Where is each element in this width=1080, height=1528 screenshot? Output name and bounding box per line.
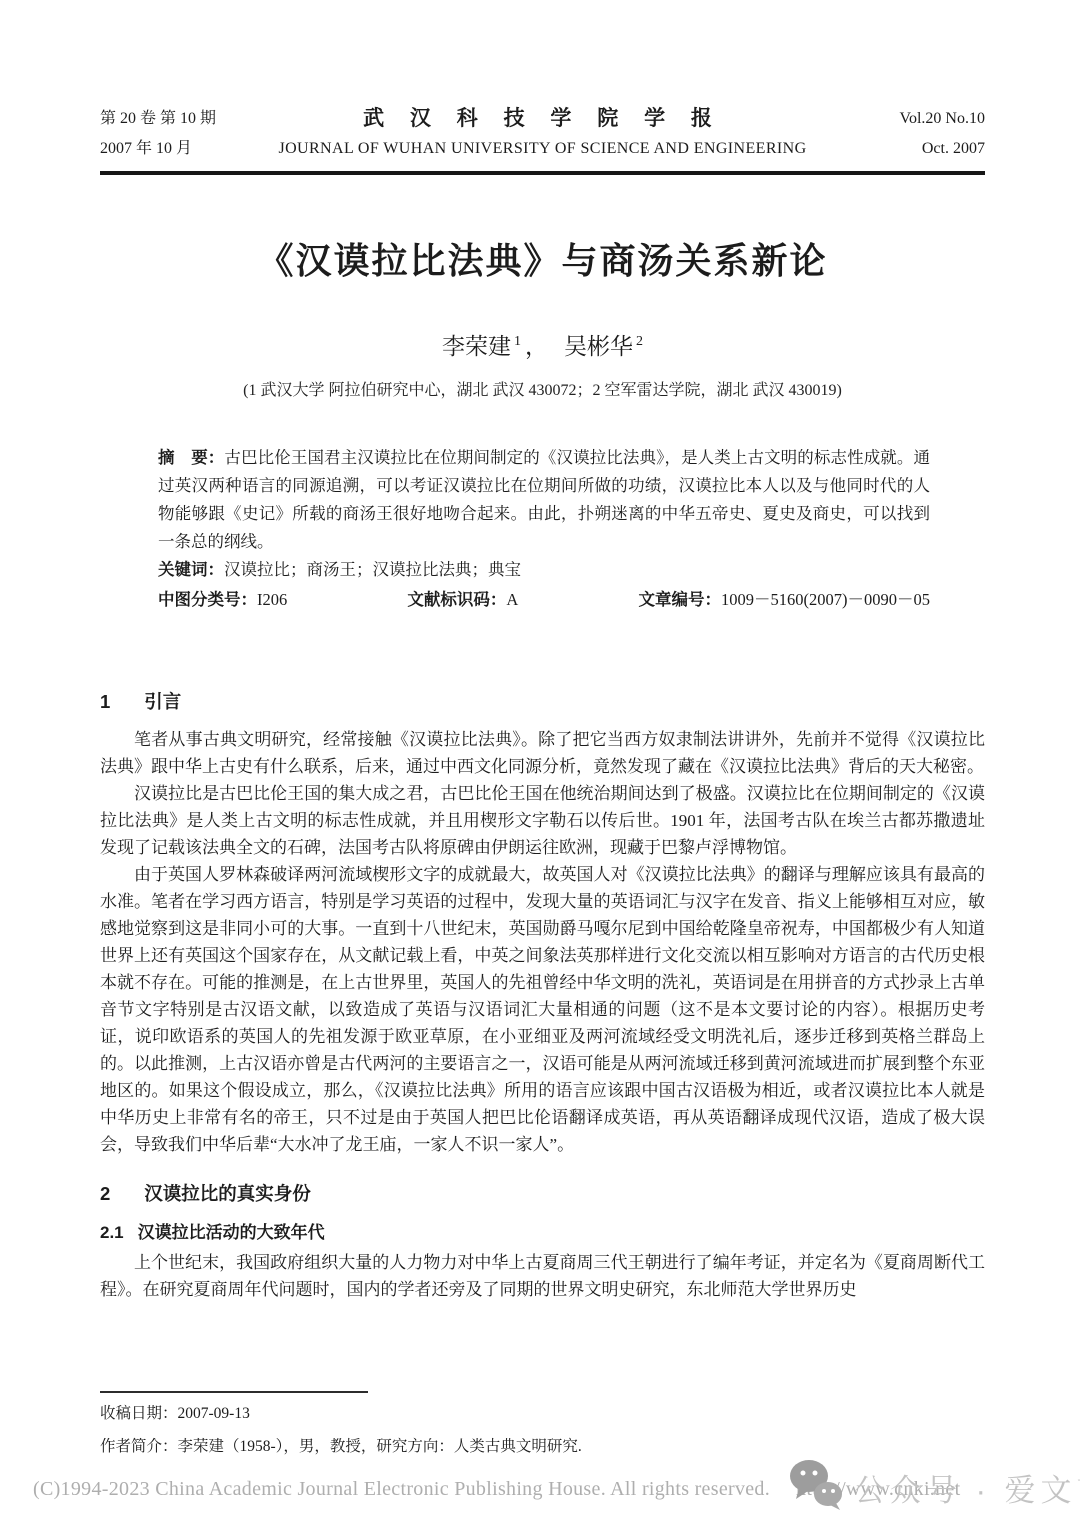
doc-code-value: A: [506, 590, 518, 609]
issue-date-en: Oct. 2007: [807, 134, 985, 164]
page-content: 第 20 卷 第 10 期 2007 年 10 月 武 汉 科 技 学 院 学 …: [0, 0, 1080, 1303]
masthead-divider: [100, 171, 985, 175]
article-title: 《汉谟拉比法典》与商汤关系新论: [100, 233, 985, 284]
abstract-label: 摘 要：: [158, 449, 224, 467]
copyright-text: (C)1994-2023 China Academic Journal Elec…: [33, 1478, 770, 1500]
section-2-1-number: 2.1: [100, 1223, 124, 1242]
abstract-text: 古巴比伦王国君主汉谟拉比在位期间制定的《汉谟拉比法典》，是人类上古文明的标志性成…: [158, 448, 930, 551]
section-2-heading: 2汉谟拉比的真实身份: [100, 1180, 985, 1206]
section-1-heading: 1引言: [100, 688, 985, 714]
section-2-title: 汉谟拉比的真实身份: [144, 1183, 311, 1204]
section-2-paragraph-1: 上个世纪末，我国政府组织大量的人力物力对中华上古夏商周三代王朝进行了编年考证，并…: [100, 1249, 985, 1303]
author-2-affil-mark: 2: [636, 334, 643, 349]
doc-code-label: 文献标识码：: [407, 591, 506, 609]
abstract-block: 摘 要：古巴比伦王国君主汉谟拉比在位期间制定的《汉谟拉比法典》，是人类上古文明的…: [158, 444, 930, 614]
received-date-line: 收稿日期：2007-09-13: [100, 1402, 985, 1426]
footnote-block: 收稿日期：2007-09-13 作者简介：李荣建（1958-），男，教授，研究方…: [100, 1391, 985, 1459]
section-1-paragraph-1: 笔者从事古典文明研究，经常接触《汉谟拉比法典》。除了把它当西方奴隶制法讲讲外，先…: [100, 726, 985, 780]
clc-value: I206: [257, 590, 287, 609]
wechat-icon: [786, 1458, 846, 1517]
issue-volume-cn: 第 20 卷 第 10 期: [100, 104, 278, 134]
section-1-paragraph-2: 汉谟拉比是古巴比伦王国的集大成之君，古巴比伦王国在他统治期间达到了极盛。汉谟拉比…: [100, 780, 985, 861]
watermark: 公众号 · 爱文言: [786, 1458, 1080, 1517]
section-1-number: 1: [100, 691, 110, 712]
author-bio-value: 李荣建（1958-），男，教授，研究方向：人类古典文明研究.: [178, 1438, 582, 1455]
author-bio-line: 作者简介：李荣建（1958-），男，教授，研究方向：人类古典文明研究.: [100, 1435, 985, 1459]
issue-volume-en: Vol.20 No.10: [807, 104, 985, 134]
author-1-affil-mark: 1: [514, 334, 521, 349]
footnote-divider: [100, 1391, 368, 1393]
journal-page: 第 20 卷 第 10 期 2007 年 10 月 武 汉 科 技 学 院 学 …: [0, 0, 1080, 1528]
doc-code-item: 文献标识码：A: [407, 586, 518, 614]
watermark-text: 公众号 · 爱文言: [854, 1465, 1080, 1510]
author-1: 李荣建: [442, 334, 511, 359]
author-line: 李荣建1，吴彬华2: [100, 328, 985, 361]
keywords-label: 关键词：: [158, 561, 224, 579]
journal-masthead: 第 20 卷 第 10 期 2007 年 10 月 武 汉 科 技 学 院 学 …: [100, 104, 985, 164]
section-2-1-title: 汉谟拉比活动的大致年代: [138, 1223, 325, 1242]
clc-item: 中图分类号：I206: [158, 586, 287, 614]
clc-label: 中图分类号：: [158, 591, 257, 609]
section-1-paragraph-3: 由于英国人罗林森破译两河流域楔形文字的成就最大，故英国人对《汉谟拉比法典》的翻译…: [100, 861, 985, 1158]
section-2-1-heading: 2.1汉谟拉比活动的大致年代: [100, 1218, 985, 1243]
affiliation-line: (1 武汉大学 阿拉伯研究中心，湖北 武汉 430072；2 空军雷达学院，湖北…: [100, 377, 985, 400]
masthead-journal-name: 武 汉 科 技 学 院 学 报 JOURNAL OF WUHAN UNIVERS…: [278, 104, 806, 164]
journal-name-cn: 武 汉 科 技 学 院 学 报: [278, 104, 806, 134]
section-2-number: 2: [100, 1183, 110, 1204]
abstract-paragraph: 摘 要：古巴比伦王国君主汉谟拉比在位期间制定的《汉谟拉比法典》，是人类上古文明的…: [158, 444, 930, 556]
keywords-text: 汉谟拉比；商汤王；汉谟拉比法典；典宝: [224, 560, 521, 579]
keywords-line: 关键词：汉谟拉比；商汤王；汉谟拉比法典；典宝: [158, 556, 930, 584]
received-date-label: 收稿日期：: [100, 1405, 178, 1422]
section-1-title: 引言: [144, 691, 181, 712]
masthead-vol-info: Vol.20 No.10 Oct. 2007: [807, 104, 985, 164]
article-id-label: 文章编号：: [638, 591, 721, 609]
received-date-value: 2007-09-13: [178, 1405, 250, 1422]
author-2: 吴彬华: [564, 334, 633, 359]
article-id-item: 文章编号：1009－5160(2007)－0090－05: [638, 586, 930, 614]
journal-name-en: JOURNAL OF WUHAN UNIVERSITY OF SCIENCE A…: [278, 134, 806, 164]
article-id-value: 1009－5160(2007)－0090－05: [721, 590, 930, 609]
issue-date-cn: 2007 年 10 月: [100, 134, 278, 164]
masthead-issue-info: 第 20 卷 第 10 期 2007 年 10 月: [100, 104, 278, 164]
classification-row: 中图分类号：I206 文献标识码：A 文章编号：1009－5160(2007)－…: [158, 586, 930, 614]
author-separator: ，: [525, 334, 548, 359]
author-bio-label: 作者简介：: [100, 1438, 178, 1455]
